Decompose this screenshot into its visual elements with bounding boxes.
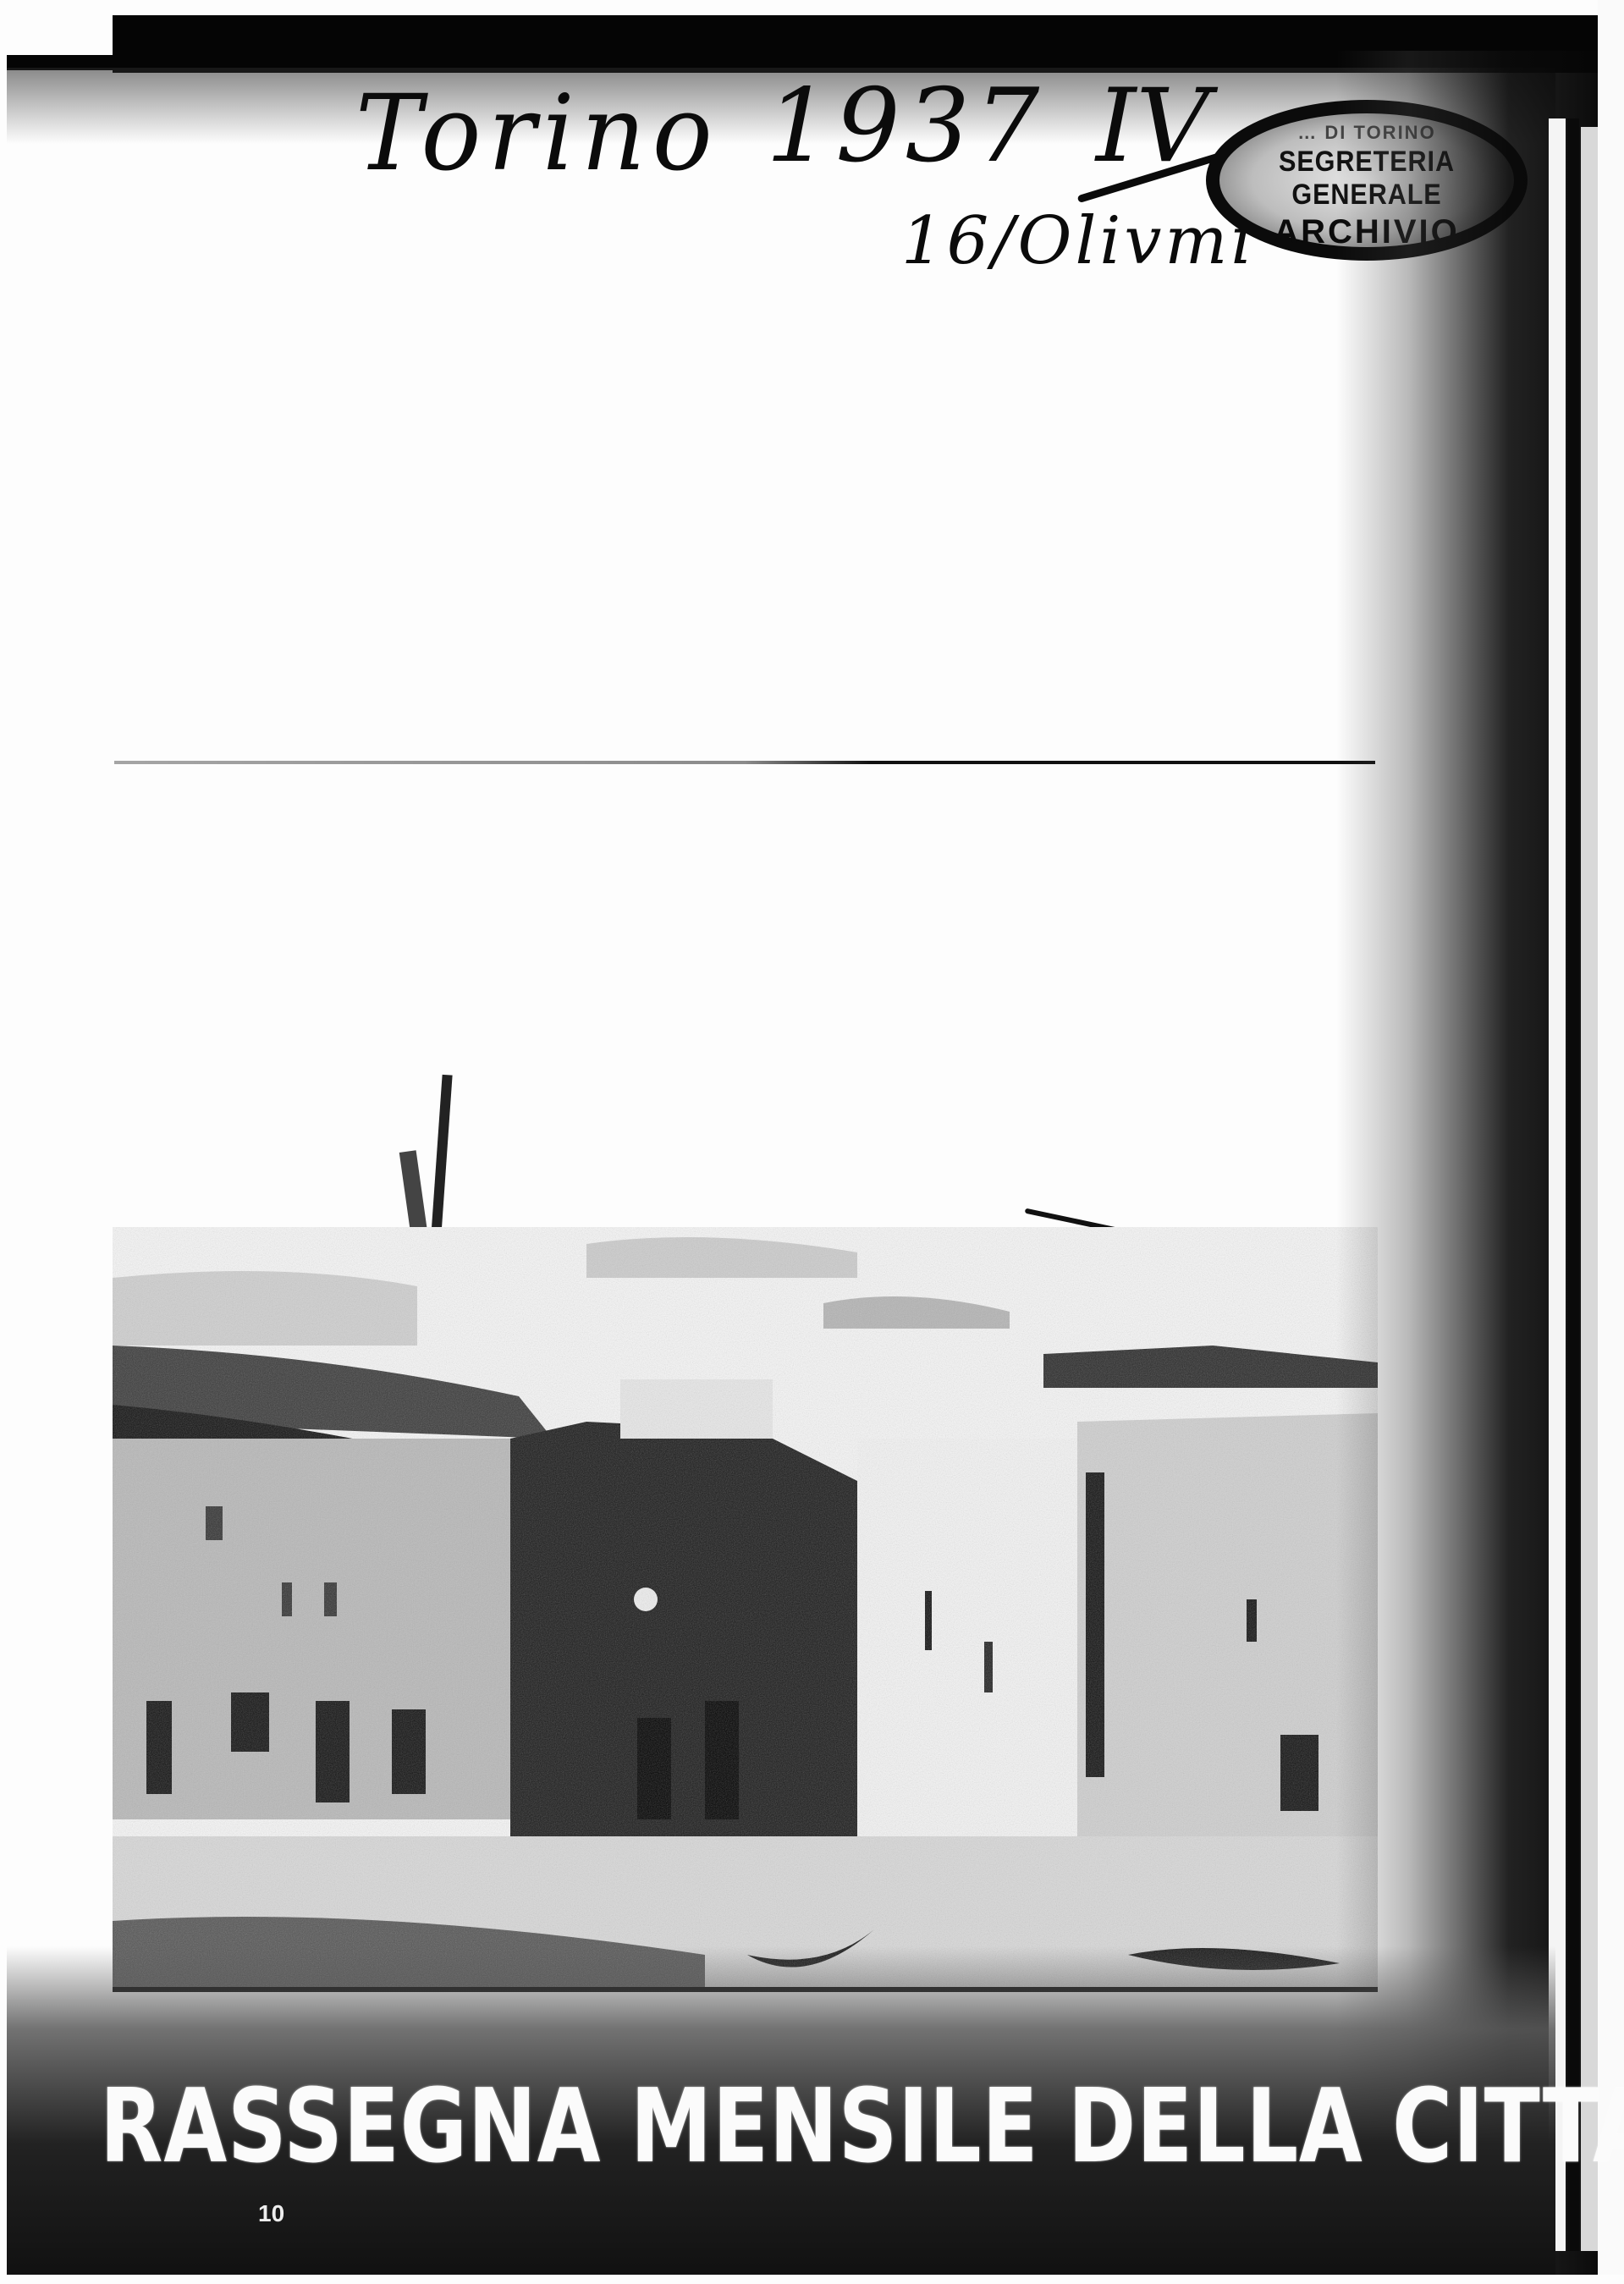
painting-spire xyxy=(431,1075,452,1236)
spine-stripe-light xyxy=(1549,118,1566,2251)
cover-illustration xyxy=(113,1227,1378,1992)
page-mark: 10 xyxy=(258,2200,284,2227)
city-painting xyxy=(113,1227,1378,1987)
cover-title: RASSEGNA MENSILE DELLA CITTA' xyxy=(100,2067,1182,2186)
horizontal-rule xyxy=(114,761,1375,764)
handwritten-year: 1937 xyxy=(766,68,1044,185)
handwritten-city: Torino xyxy=(355,72,719,195)
spine-stripe-light-2 xyxy=(1581,127,1598,2251)
bottom-page-edge xyxy=(0,2275,1624,2284)
handwritten-annotation: 16/Olivmi xyxy=(901,203,1255,279)
spine-stripe-dark xyxy=(1567,118,1579,2251)
page-edge xyxy=(1598,0,1624,2284)
